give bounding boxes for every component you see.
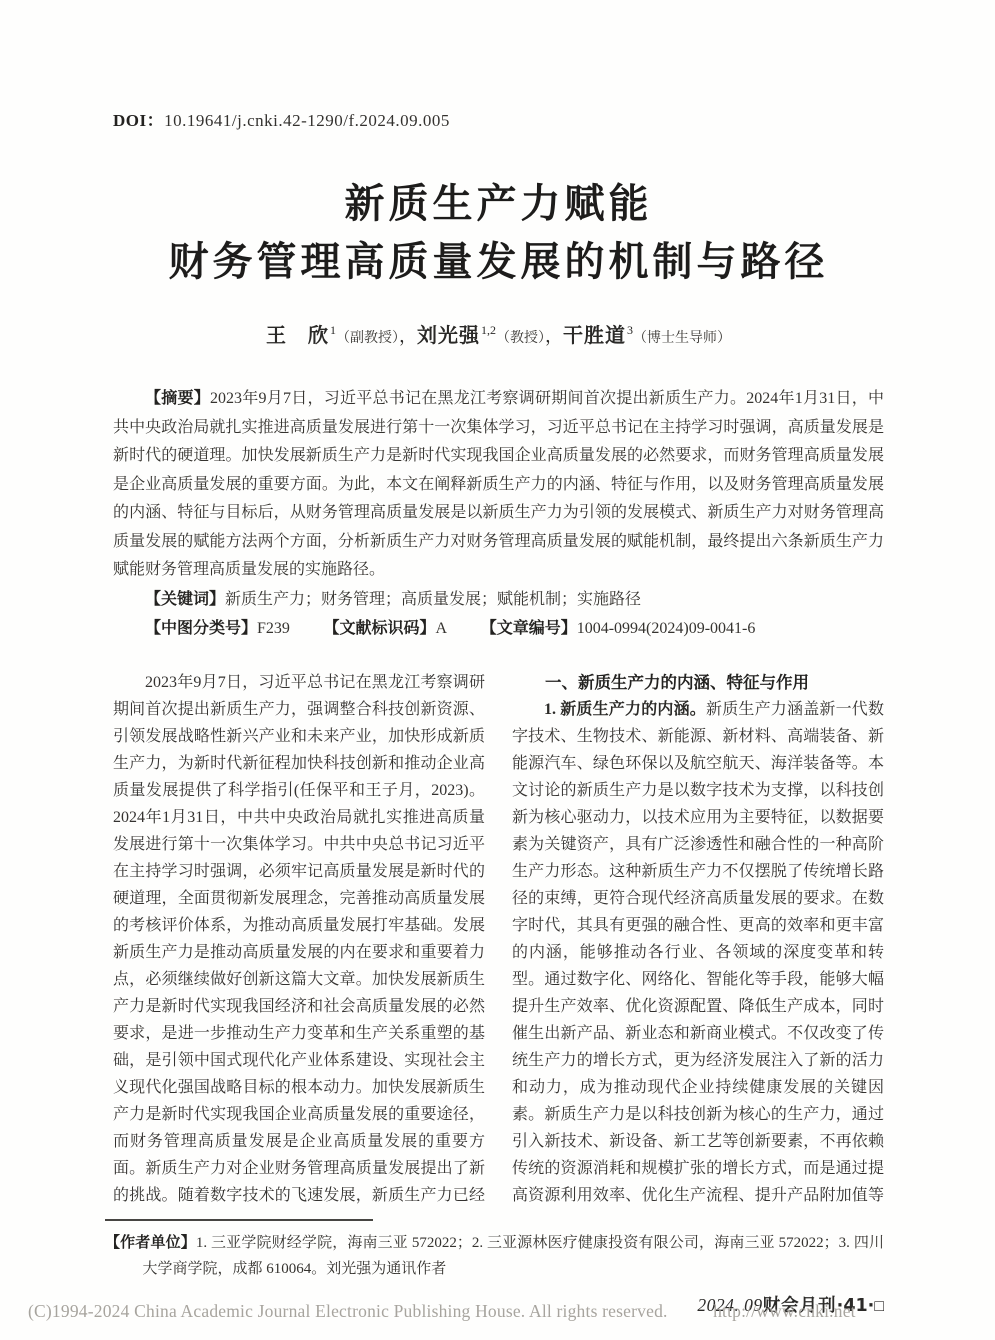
authors-line: 王 欣1（副教授），刘光强1,2（教授），干胜道3（博士生导师）: [113, 319, 884, 348]
author-3-role: （博士生导师）: [633, 331, 731, 346]
author-3-name: 干胜道: [563, 323, 626, 347]
author-2-affiliation-superscript: 1,2: [481, 323, 496, 337]
document-code-label: 【文献标识码】: [324, 618, 436, 637]
two-column-body: 2023年9月7日，习近平总书记在黑龙江考察调研期间首次提出新质生产力，强调整合…: [113, 669, 884, 1209]
title-line-2: 财务管理高质量发展的机制与路径: [113, 233, 884, 291]
section-1-text: 新质生产力涵盖新一代数字技术、生物技术、新能源、新材料、高端装备、新能源汽车、绿…: [512, 701, 884, 1209]
doi-value: 10.19641/j.cnki.42-1290/f.2024.09.005: [164, 111, 450, 130]
clc-value: F239: [257, 620, 290, 637]
doi-label: DOI：: [113, 111, 164, 130]
page-content: DOI：10.19641/j.cnki.42-1290/f.2024.09.00…: [0, 0, 995, 1317]
keywords-text: 新质生产力；财务管理；高质量发展；赋能机制；实施路径: [225, 591, 641, 608]
author-2-role: （教授）: [496, 331, 545, 346]
intro-paragraph: 2023年9月7日，习近平总书记在黑龙江考察调研期间首次提出新质生产力，强调整合…: [113, 669, 485, 1209]
right-column: 一、新质生产力的内涵、特征与作用 1. 新质生产力的内涵。新质生产力涵盖新一代数…: [512, 669, 884, 1209]
copyright-line: (C)1994-2024 China Academic Journal Elec…: [28, 1301, 856, 1322]
author-separator: ，: [399, 326, 417, 346]
doi-line: DOI：10.19641/j.cnki.42-1290/f.2024.09.00…: [113, 0, 884, 131]
document-code: 【文献标识码】A: [324, 620, 448, 637]
author-affiliations: 【作者单位】1. 三亚学院财经学院，海南三亚 572022；2. 三亚源林医疗健…: [105, 1229, 884, 1282]
author-1-role: （副教授）: [336, 331, 399, 346]
article-id-label: 【文章编号】: [481, 618, 577, 637]
document-code-value: A: [436, 620, 448, 637]
section-1-heading: 一、新质生产力的内涵、特征与作用: [512, 669, 884, 696]
author-1: 王 欣1（副教授）: [266, 325, 399, 347]
left-column: 2023年9月7日，习近平总书记在黑龙江考察调研期间首次提出新质生产力，强调整合…: [113, 669, 485, 1209]
author-separator: ，: [545, 326, 563, 346]
abstract-label: 【摘要】: [145, 388, 210, 407]
footnote-divider: [105, 1219, 373, 1221]
section-1-lead: 1. 新质生产力的内涵。: [544, 701, 706, 718]
cnki-url: http://www.cnki.net: [713, 1301, 856, 1321]
end-box-icon: □: [874, 1298, 884, 1315]
copyright-text: (C)1994-2024 China Academic Journal Elec…: [28, 1301, 668, 1321]
clc-number: 【中图分类号】F239: [145, 620, 290, 637]
article-id: 【文章编号】1004-0994(2024)09-0041-6: [481, 620, 756, 637]
clc-label: 【中图分类号】: [145, 618, 257, 637]
author-3: 干胜道3（博士生导师）: [563, 325, 731, 347]
author-2: 刘光强1,2（教授）: [417, 325, 545, 347]
paper-page: DOI：10.19641/j.cnki.42-1290/f.2024.09.00…: [0, 0, 995, 1340]
abstract-text: 2023年9月7日，习近平总书记在黑龙江考察调研期间首次提出新质生产力。2024…: [113, 390, 884, 578]
abstract-paragraph: 【摘要】2023年9月7日，习近平总书记在黑龙江考察调研期间首次提出新质生产力。…: [113, 384, 884, 585]
affiliations-text: 1. 三亚学院财经学院，海南三亚 572022；2. 三亚源林医疗健康投资有限公…: [143, 1235, 884, 1277]
paper-title: 新质生产力赋能 财务管理高质量发展的机制与路径: [113, 175, 884, 291]
section-1-paragraph: 1. 新质生产力的内涵。新质生产力涵盖新一代数字技术、生物技术、新能源、新材料、…: [512, 696, 884, 1209]
author-2-name: 刘光强: [417, 323, 480, 347]
title-line-1: 新质生产力赋能: [113, 175, 884, 233]
keywords-label: 【关键词】: [145, 589, 225, 608]
classification-line: 【中图分类号】F239【文献标识码】A【文章编号】1004-0994(2024)…: [113, 614, 884, 644]
keywords-line: 【关键词】新质生产力；财务管理；高质量发展；赋能机制；实施路径: [113, 585, 884, 615]
article-id-value: 1004-0994(2024)09-0041-6: [577, 620, 756, 637]
affiliations-label: 【作者单位】: [105, 1233, 196, 1251]
author-1-name: 王 欣: [266, 323, 329, 347]
